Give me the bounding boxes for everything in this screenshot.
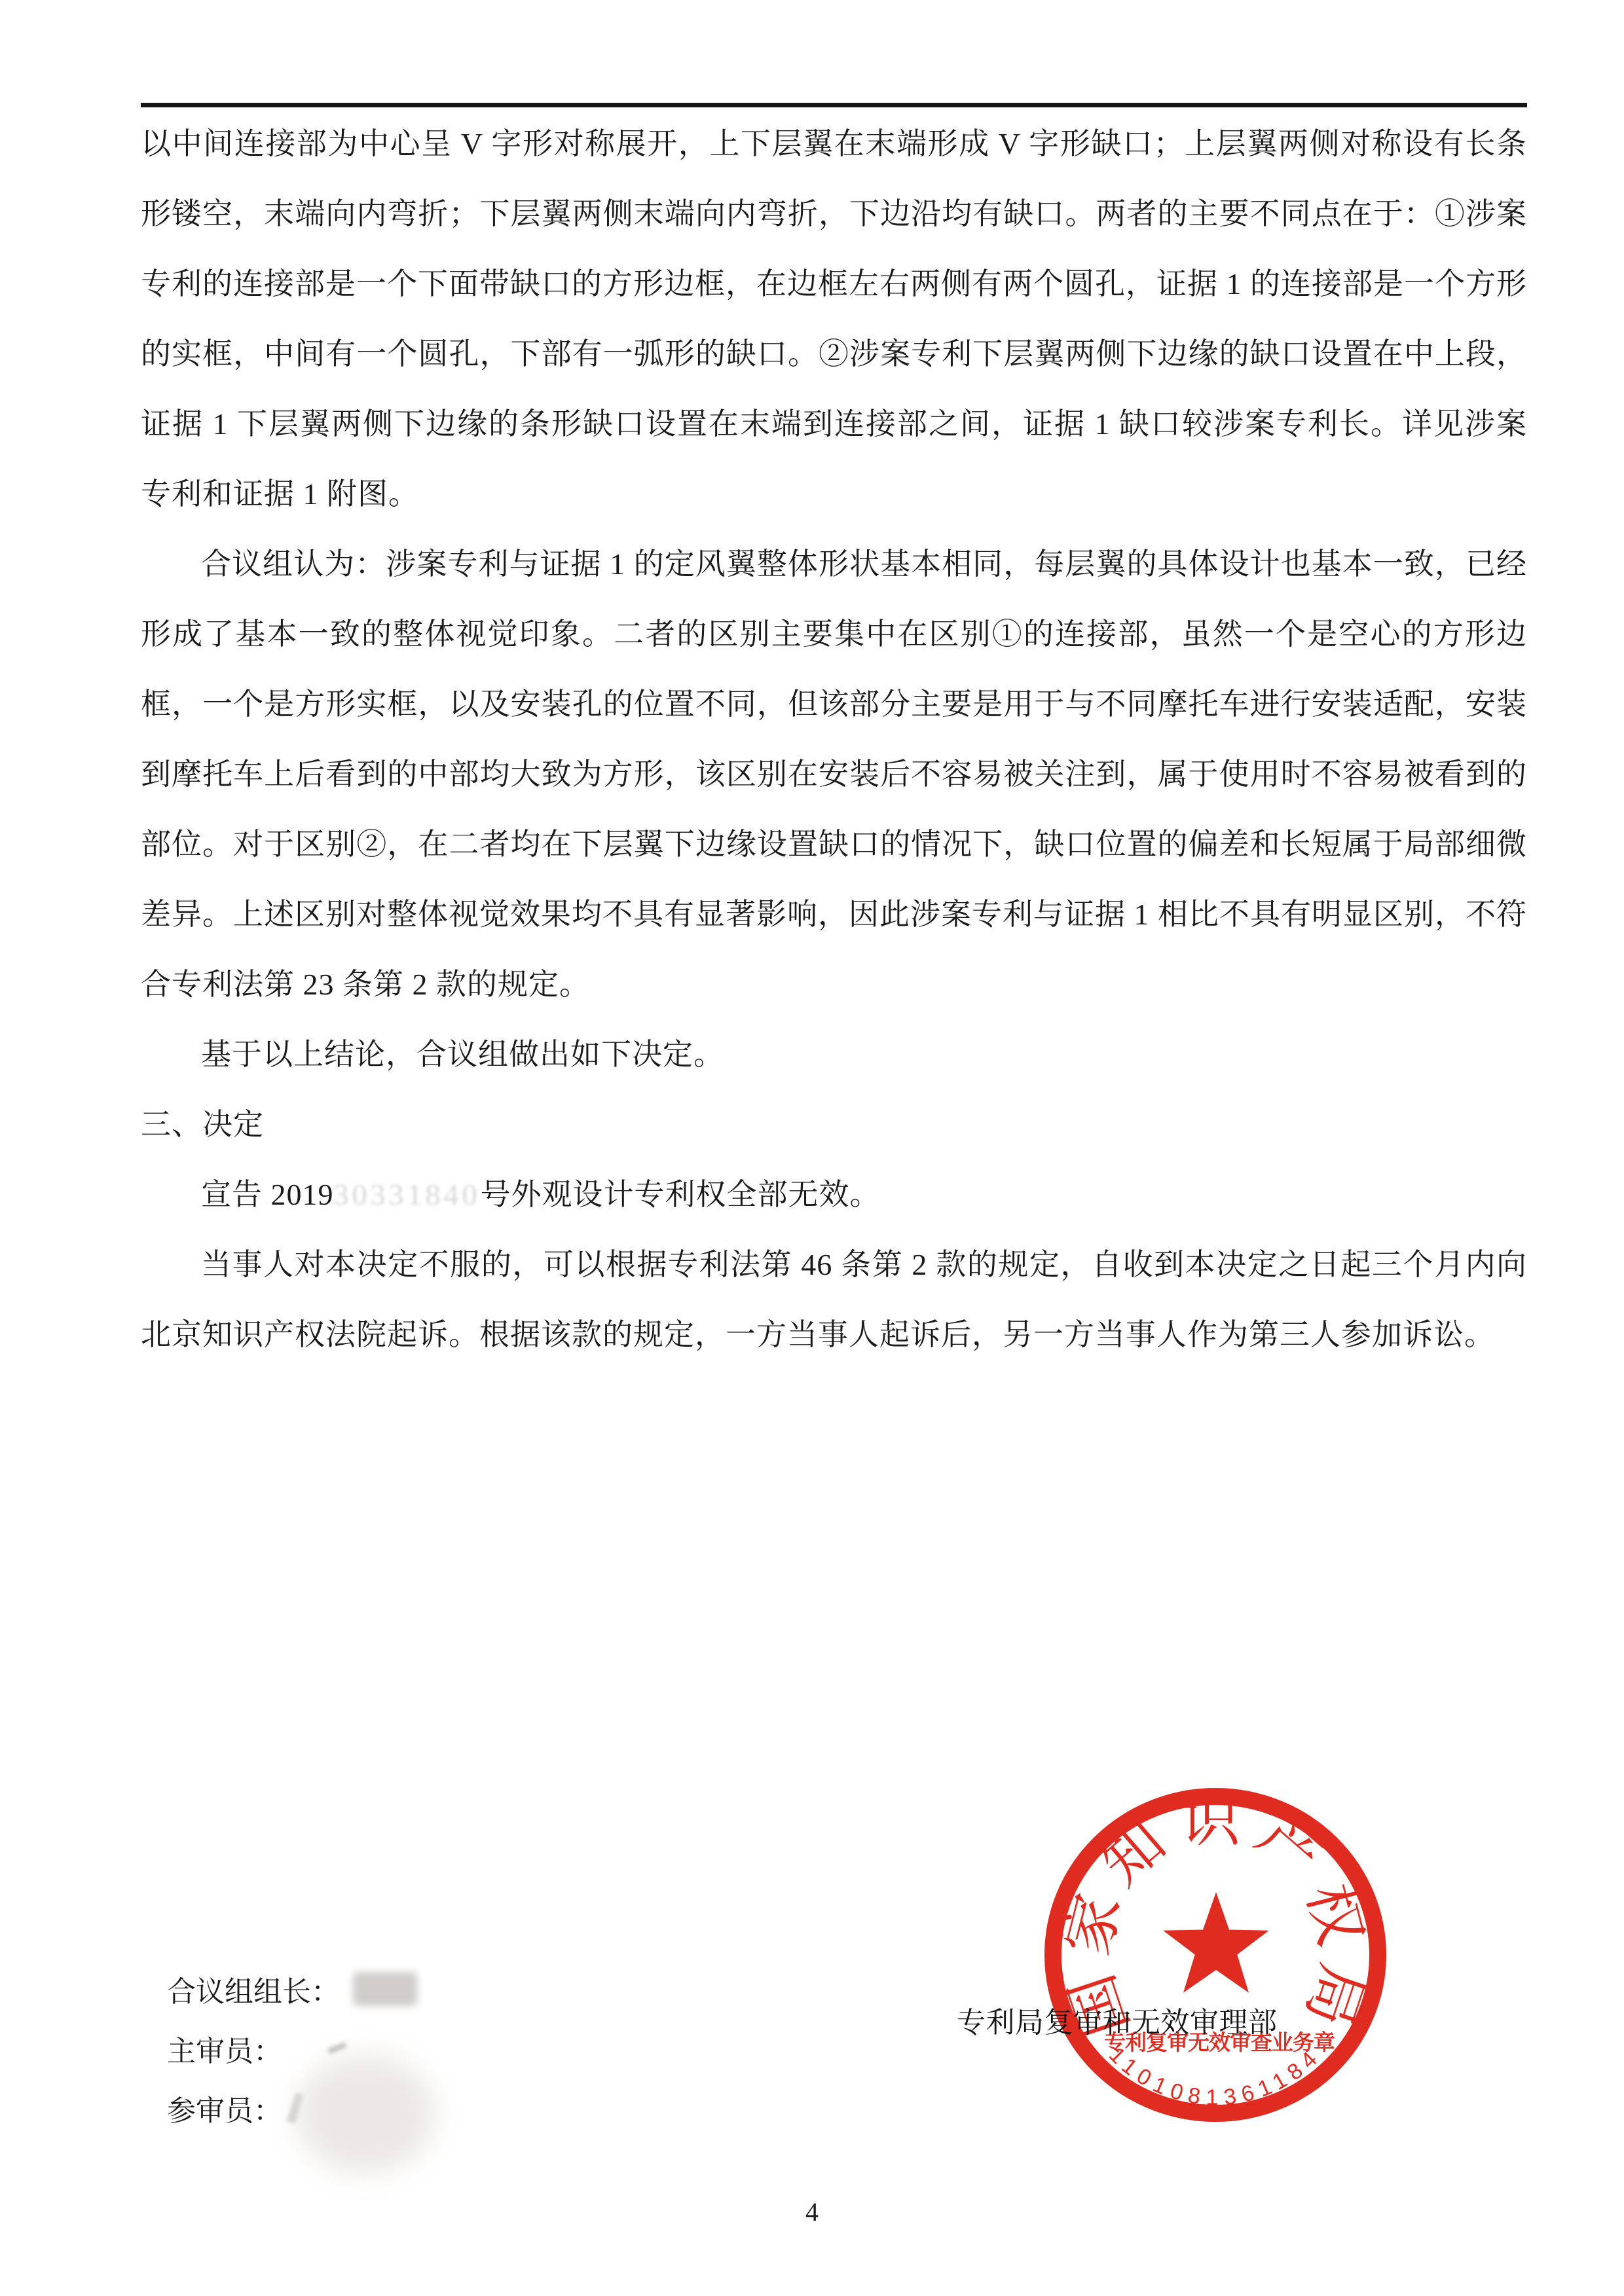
chief-examiner-name-smudge xyxy=(327,2042,346,2054)
signature-row-panel-chief: 合议组组长： xyxy=(167,1959,756,2018)
signature-block: 合议组组长： 主审员： 参审员： xyxy=(167,1959,756,2138)
redacted-patent-digits: 30331840 xyxy=(334,1178,481,1211)
section-heading-decision: 三、决定 xyxy=(141,1089,1527,1159)
panel-chief-name-smudge xyxy=(353,1972,417,2006)
official-seal: 国家知识产权局 专利复审无效审查业务章 1101081361184 xyxy=(1037,1782,1393,2136)
body-paragraph-appeal-rights: 当事人对本决定不服的，可以根据专利法第 46 条第 2 款的规定，自收到本决定之… xyxy=(141,1230,1527,1370)
department-name: 专利局复审和无效审理部 xyxy=(957,1999,1278,2041)
body-paragraph-conclusion-lead: 基于以上结论，合议组做出如下决定。 xyxy=(141,1019,1527,1089)
header-rule xyxy=(141,103,1527,107)
decision-sentence: 宣告 201930331840号外观设计专利权全部无效。 xyxy=(141,1159,1527,1230)
chief-examiner-label: 主审员： xyxy=(167,2028,282,2069)
decision-prefix: 宣告 2019 xyxy=(201,1178,334,1211)
participating-examiner-label: 参审员： xyxy=(167,2087,282,2129)
body-paragraph-continuation: 以中间连接部为中心呈 V 字形对称展开，上下层翼在末端形成 V 字形缺口；上层翼… xyxy=(141,109,1527,529)
body-paragraph-panel-opinion: 合议组认为：涉案专利与证据 1 的定风翼整体形状基本相同，每层翼的具体设计也基本… xyxy=(141,529,1527,1019)
panel-chief-label: 合议组组长： xyxy=(167,1968,340,2010)
signature-row-chief-examiner: 主审员： xyxy=(167,2018,756,2078)
signature-row-participating-examiner: 参审员： xyxy=(167,2078,756,2138)
scan-smudge xyxy=(296,2054,435,2174)
document-body: 以中间连接部为中心呈 V 字形对称展开，上下层翼在末端形成 V 字形缺口；上层翼… xyxy=(141,109,1527,1370)
decision-suffix: 号外观设计专利权全部无效。 xyxy=(481,1178,881,1211)
document-page: 以中间连接部为中心呈 V 字形对称展开，上下层翼在末端形成 V 字形缺口；上层翼… xyxy=(0,0,1624,2296)
seal-star-icon xyxy=(1163,1892,1269,1993)
page-number: 4 xyxy=(0,2196,1624,2227)
